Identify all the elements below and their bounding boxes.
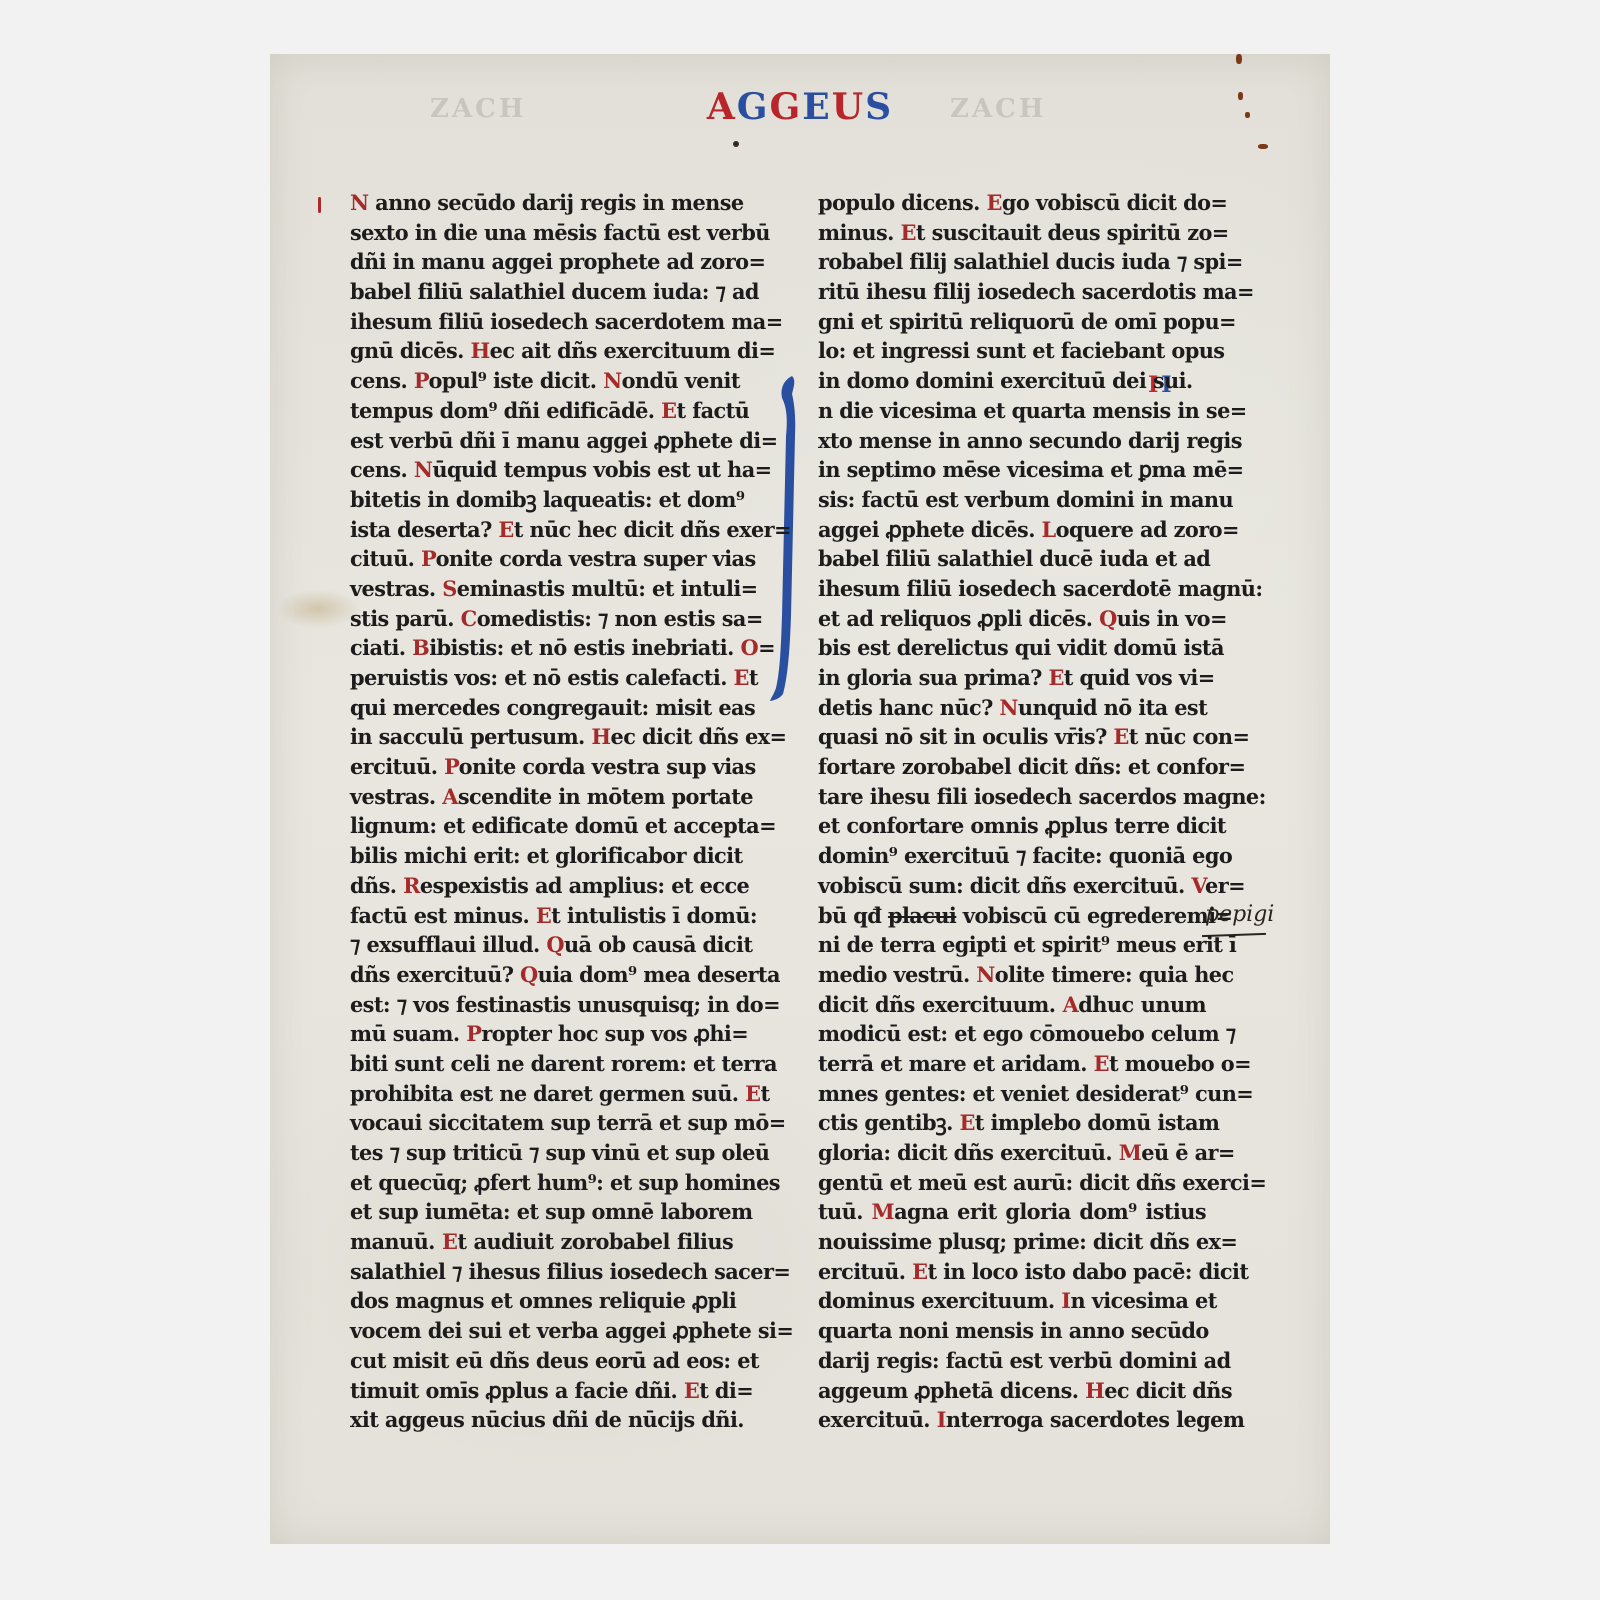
text-line: ctis gentibꝫ. Et implebo domū istam [818, 1109, 1206, 1139]
text-line: dominus exercituum. In vicesima et [818, 1287, 1206, 1317]
text-line: nouissime plusq; prime: dicit dñs ex= [818, 1228, 1206, 1258]
text-line: ritū ihesu filij iosedech sacerdotis ma= [818, 278, 1206, 308]
text-line: gentū et meū est aurū: dicit dñs exerci= [818, 1169, 1206, 1199]
running-head-letter: G [737, 86, 770, 128]
text-line: ni de terra egipti et spirit⁹ meus erit … [818, 931, 1206, 961]
text-line: xit aggeus nūcius dñi de nūcijs dñi. [350, 1406, 733, 1436]
text-line: fortare zorobabel dicit dñs: et confor= [818, 753, 1206, 783]
text-line: cens. Nūquid tempus vobis est ut ha= [350, 456, 733, 486]
running-head-letter: E [802, 86, 831, 128]
text-line: tes ⁊ sup triticū ⁊ sup vinū et sup oleū [350, 1139, 733, 1169]
stain-spot [1258, 144, 1268, 149]
running-head-letter: U [832, 86, 865, 128]
text-line: babel filiū salathiel ducē iuda et ad [818, 545, 1206, 575]
text-line: gnū dicēs. Hec ait dñs exercituum di= [350, 337, 733, 367]
stain-spot [1238, 92, 1243, 100]
text-line: timuit omīs ꝓplus a facie dñi. Et di= [350, 1377, 733, 1407]
text-line: mū suam. Propter hoc sup vos ꝓhi= [350, 1020, 733, 1050]
text-line: cituū. Ponite corda vestra super vias [350, 545, 733, 575]
text-line: est: ⁊ vos festinastis unusquisq; in do= [350, 991, 733, 1021]
text-line: bilis michi erit: et glorificabor dicit [350, 842, 733, 872]
struck-word: placui [888, 904, 956, 929]
text-line: minus. Et suscitauit deus spiritū zo= [818, 219, 1206, 249]
text-line: modicū est: et ego cōmouebo celum ⁊ [818, 1020, 1206, 1050]
text-line: tempus dom⁹ dñi edificādē. Et factū [350, 397, 733, 427]
text-line: et quecūq; ꝓfert hum⁹: et sup homines [350, 1169, 733, 1199]
running-head-letter: A [707, 86, 737, 128]
text-line: babel filiū salathiel ducem iuda: ⁊ ad [350, 278, 733, 308]
text-line: et confortare omnis ꝓplus terre dicit [818, 812, 1206, 842]
text-line: lo: et ingressi sunt et faciebant opus [818, 337, 1206, 367]
text-line: xto mense in anno secundo darij regis [818, 427, 1206, 457]
text-line: mnes gentes: et veniet desiderat⁹ cun= [818, 1080, 1206, 1110]
text-line: ihesum filiū iosedech sacerdotē magnū: [818, 575, 1206, 605]
text-line: ista deserta? Et nūc hec dicit dñs exer= [350, 516, 733, 546]
text-line: prohibita est ne daret germen suū. Et [350, 1080, 733, 1110]
text-line: vobiscū sum: dicit dñs exercituū. Ver= [818, 872, 1206, 902]
text-line: bitetis in domibꝫ laqueatis: et dom⁹ [350, 486, 733, 516]
text-line: dñs exercituū? Quia dom⁹ mea deserta [350, 961, 733, 991]
text-line: manuū. Et audiuit zorobabel filius [350, 1228, 733, 1258]
text-line: populo dicens. Ego vobiscū dicit do= [818, 189, 1206, 219]
stain-spot [1245, 112, 1250, 118]
text-line: aggeum ꝓphetā dicens. Hec dicit dñs [818, 1377, 1206, 1407]
running-head-letter: G [770, 86, 803, 128]
text-line: bis est derelictus qui vidit domū istā [818, 634, 1206, 664]
rubric-paragraph-mark [318, 197, 321, 213]
text-line: vestras. Seminastis multū: et intuli= [350, 575, 733, 605]
text-line: factū est minus. Et intulistis ī domū: [350, 902, 733, 932]
text-line: ercituū. Ponite corda vestra sup vias [350, 753, 733, 783]
text-line: tare ihesu fili iosedech sacerdos magne: [818, 783, 1206, 813]
text-column-right: populo dicens. Ego vobiscū dicit do= min… [818, 189, 1218, 1436]
text-line: ihesum filiū iosedech sacerdotem ma= [350, 308, 733, 338]
text-line: stis parū. Comedistis: ⁊ non estis sa= [350, 605, 733, 635]
text-line: ciati. Bibistis: et nō estis inebriati. … [350, 634, 733, 664]
text-line: sexto in die una mēsis factū est verbū [350, 219, 733, 249]
text-line: qui mercedes congregauit: misit eas [350, 694, 733, 724]
text-line: robabel filij salathiel ducis iuda ⁊ spi… [818, 248, 1206, 278]
text-line: tuū. Magna erit gloria dom⁹ istius [818, 1198, 1206, 1228]
text-column-left: N anno secūdo darij regis in mense sexto… [350, 189, 745, 1436]
text-line: ⁊ exsufflaui illud. Quā ob causā dicit [350, 931, 733, 961]
text-line-with-struck-word: bū qđ placui vobiscū cū egrederemi= [818, 902, 1206, 932]
running-head-letter: S [865, 86, 893, 128]
text-line: vestras. Ascendite in mōtem portate [350, 783, 733, 813]
pinhole-mark [733, 141, 739, 147]
text-line: gloria: dicit dñs exercituū. Meū ē ar= [818, 1139, 1206, 1169]
text-line: in gloria sua prima? Et quid vos vi= [818, 664, 1206, 694]
text-line: cut misit eū dñs deus eorū ad eos: et [350, 1347, 733, 1377]
text-line: et ad reliquos ꝓpli dicēs. Quis in vo= [818, 605, 1206, 635]
text-line: ercituū. Et in loco isto dabo pacē: dici… [818, 1258, 1206, 1288]
text-line: terrā et mare et aridam. Et mouebo o= [818, 1050, 1206, 1080]
text-line: exercituū. Interroga sacerdotes legem [818, 1406, 1206, 1436]
running-head-title: AGGEUS [270, 86, 1330, 128]
text-line: gni et spiritū reliquorū de omī popu= [818, 308, 1206, 338]
text-line: quarta noni mensis in anno secūdo [818, 1317, 1206, 1347]
text-line: vocaui siccitatem sup terrā et sup mō= [350, 1109, 733, 1139]
text-line: salathiel ⁊ ihesus filius iosedech sacer… [350, 1258, 733, 1288]
text-line: est verbū dñi ī manu aggei ꝓphete di= [350, 427, 733, 457]
text-line: in domo domini exercituū dei sui. [818, 367, 1206, 397]
text-line: N anno secūdo darij regis in mense [350, 189, 733, 219]
text-line: n die vicesima et quarta mensis in se= [818, 397, 1206, 427]
text-line: sis: factū est verbum domini in manu [818, 486, 1206, 516]
text-line: cens. Popul⁹ iste dicit. Nondū venit [350, 367, 733, 397]
text-line: aggei ꝓphete dicēs. Loquere ad zoro= [818, 516, 1206, 546]
text-line: in septimo mēse vicesima et ꝑma mē= [818, 456, 1206, 486]
text-line: detis hanc nūc? Nunquid nō ita est [818, 694, 1206, 724]
text-line: biti sunt celi ne darent rorem: et terra [350, 1050, 733, 1080]
text-line: et sup iumēta: et sup omnē laborem [350, 1198, 733, 1228]
text-line: medio vestrū. Nolite timere: quia hec [818, 961, 1206, 991]
text-line: dos magnus et omnes reliquie ꝓpli [350, 1287, 733, 1317]
text-line: lignum: et edificate domū et accepta= [350, 812, 733, 842]
text-line: vocem dei sui et verba aggei ꝓphete si= [350, 1317, 733, 1347]
text-line: in sacculū pertusum. Hec dicit dñs ex= [350, 723, 733, 753]
text-line: dñs. Respexistis ad amplius: et ecce [350, 872, 733, 902]
text-line: peruistis vos: et nō estis calefacti. Et [350, 664, 733, 694]
text-line: quasi nō sit in oculis vr̄is? Et nūc con… [818, 723, 1206, 753]
text-line: domin⁹ exercituū ⁊ facite: quoniā ego [818, 842, 1206, 872]
text-line: dicit dñs exercituum. Adhuc unum [818, 991, 1206, 1021]
manuscript-leaf: ZACH ZACH AGGEUS II pepigi N anno secūdo… [270, 54, 1330, 1544]
text-line: darij regis: factū est verbū domini ad [818, 1347, 1206, 1377]
text-line: dñi in manu aggei prophete ad zoro= [350, 248, 733, 278]
stain-spot [1236, 54, 1242, 64]
